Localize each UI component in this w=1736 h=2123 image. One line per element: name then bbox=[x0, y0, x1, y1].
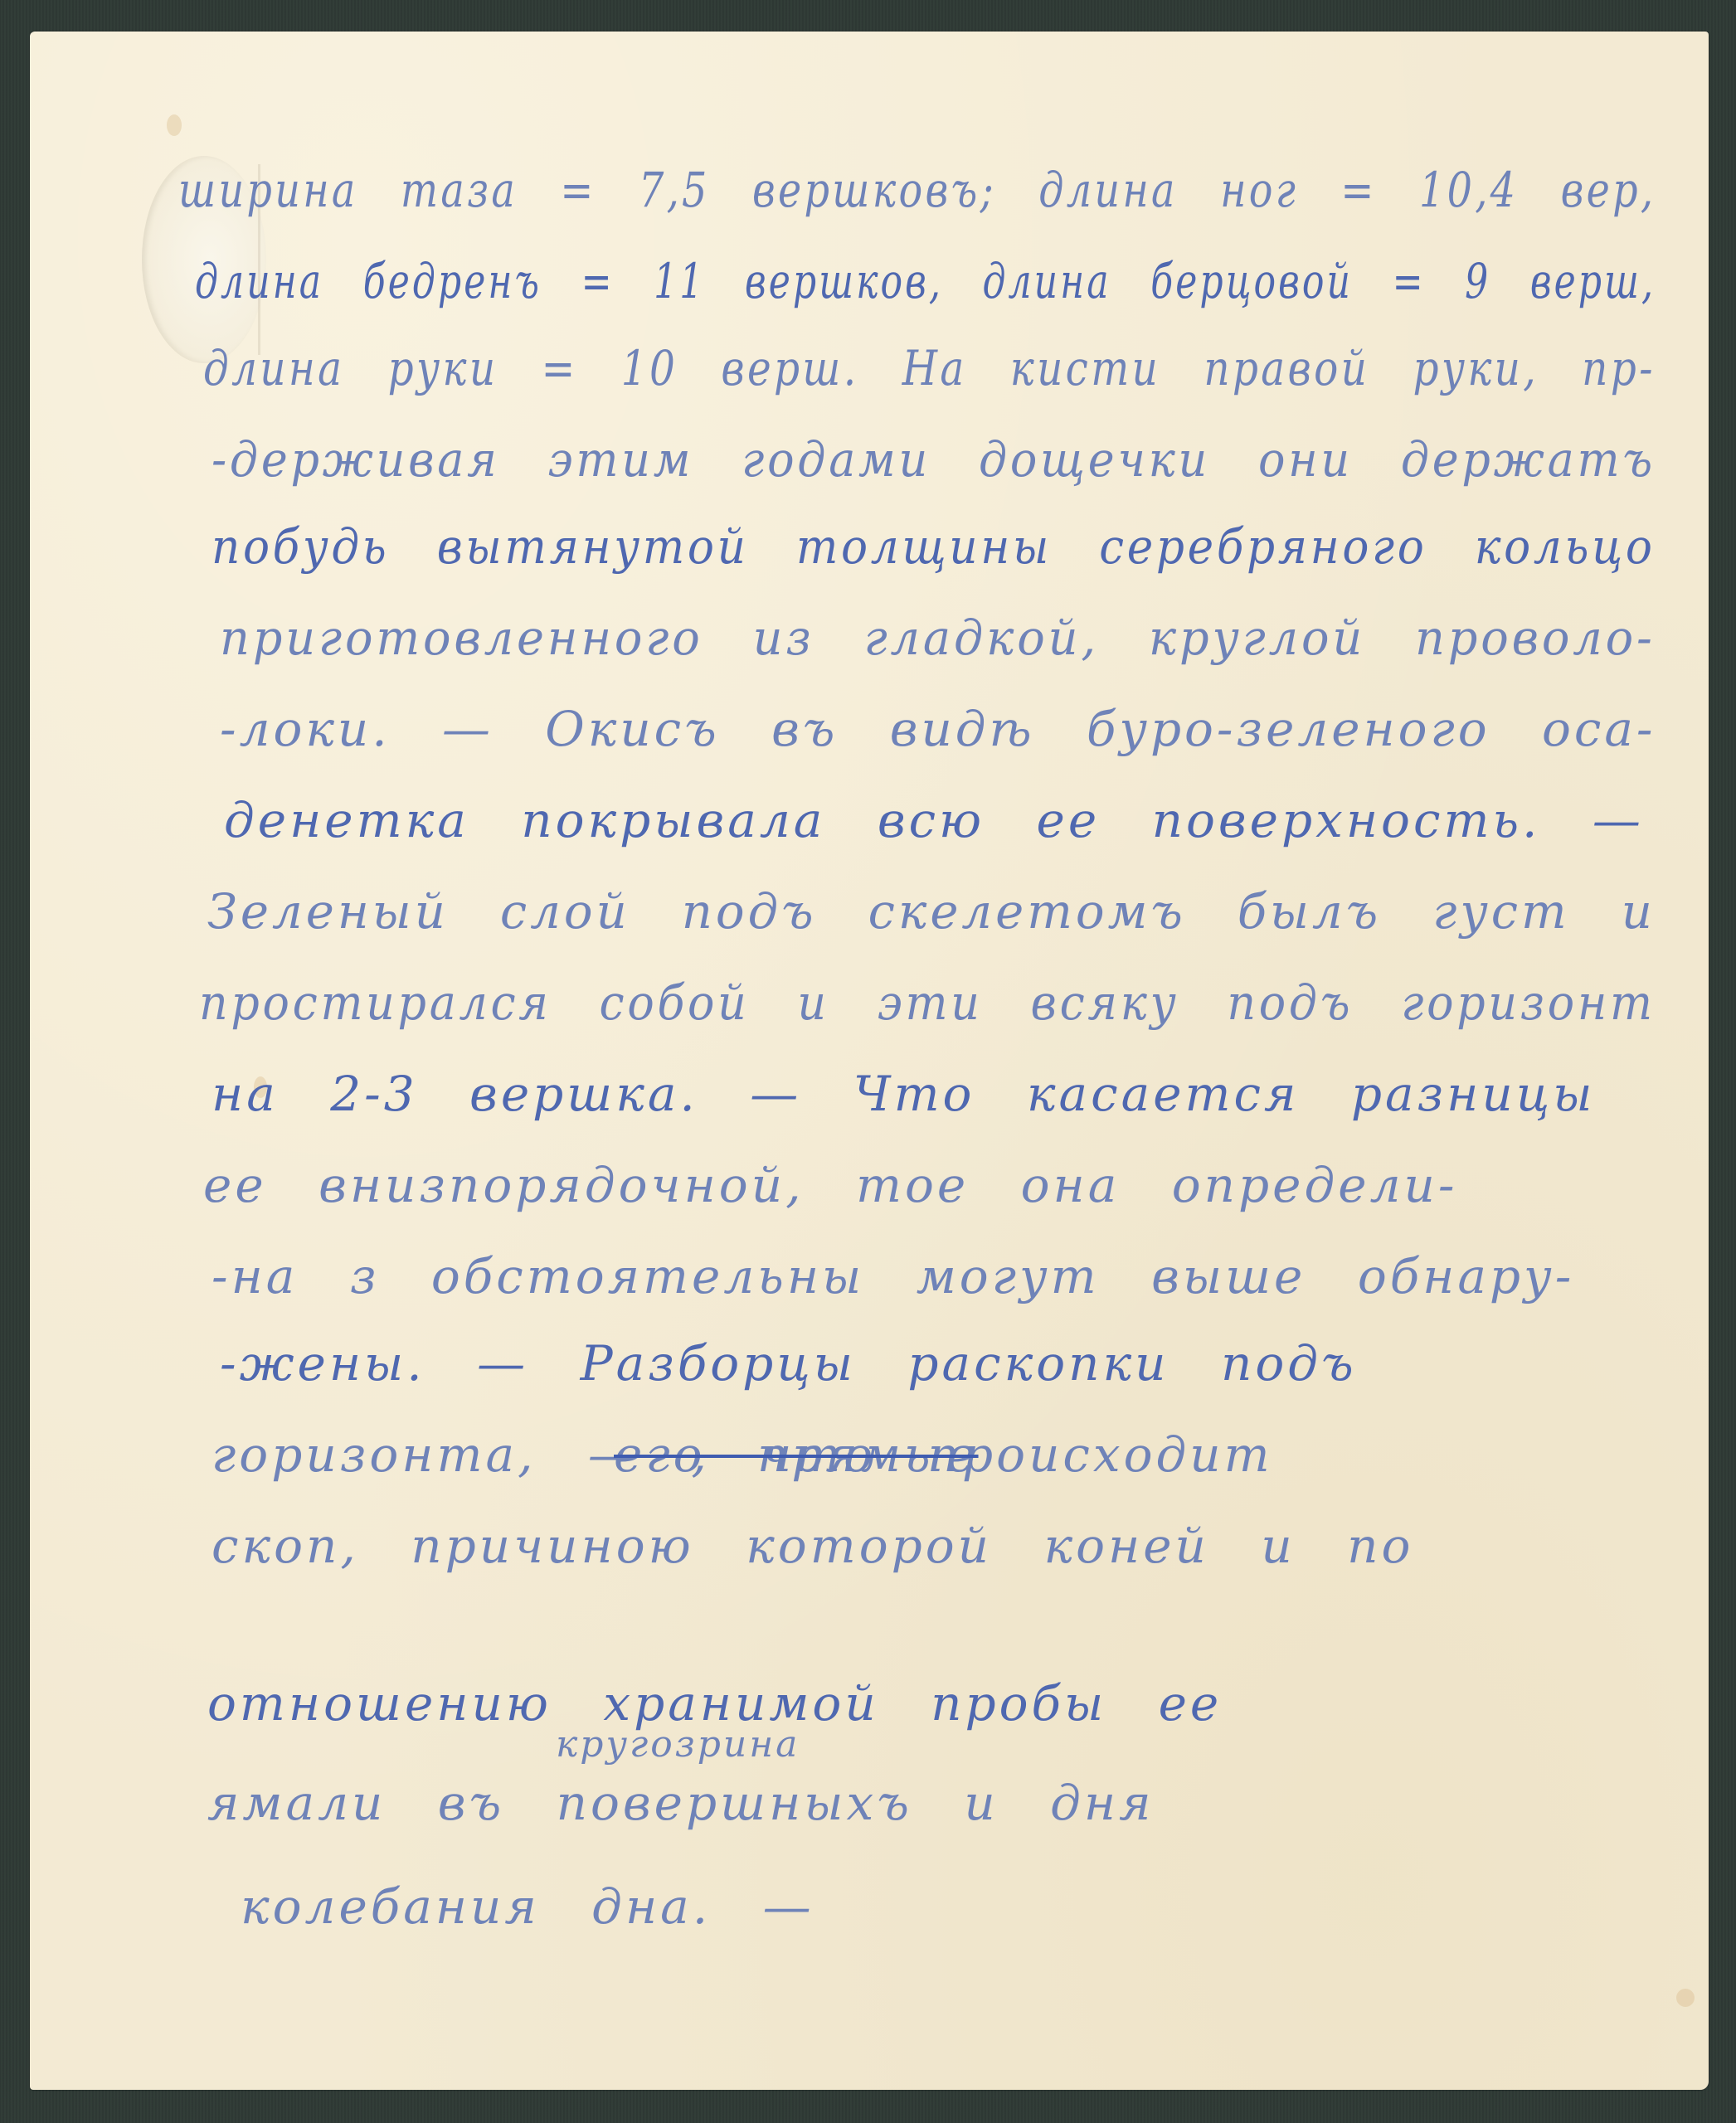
interlinear-insertion: кругозрина bbox=[556, 1723, 800, 1766]
manuscript-line: ширина таза = 7,5 вершковъ; длина ног = … bbox=[178, 162, 1656, 218]
manuscript-line: простирался собой и эти всяку подъ гориз… bbox=[199, 974, 1656, 1031]
paper-stain bbox=[167, 114, 182, 136]
manuscript-line: -локи. — Окисъ въ видѣ буро-зеленого оса… bbox=[220, 701, 1656, 757]
struck-out-words: его прямые bbox=[614, 1426, 979, 1483]
manuscript-line: -держивая этим годами дощечки они держат… bbox=[212, 431, 1656, 488]
manuscript-line: Зеленый слой подъ скелетомъ былъ густ и bbox=[207, 883, 1656, 940]
manuscript-line: скоп, причиною которой коней и по bbox=[212, 1518, 1413, 1574]
manuscript-line: приготовленного из гладкой, круглой пров… bbox=[220, 610, 1656, 666]
manuscript-line: ямали въ повершныхъ и дня bbox=[207, 1775, 1154, 1831]
manuscript-line: длина руки = 10 верш. На кисти правой ру… bbox=[203, 340, 1656, 396]
manuscript-line: на 2-3 вершка. — Что касается разницы bbox=[212, 1066, 1595, 1122]
manuscript-line: ее внизпорядочной, тое она определи- bbox=[203, 1157, 1457, 1213]
manuscript-line: -на з обстоятельны могут выше обнару- bbox=[212, 1248, 1574, 1304]
manuscript-line: колебания дна. — bbox=[241, 1878, 815, 1935]
paper-stain bbox=[1676, 1989, 1695, 2007]
manuscript-line: длина бедренъ = 11 вершков, длина берцов… bbox=[195, 253, 1656, 309]
manuscript-page: ширина таза = 7,5 вершковъ; длина ног = … bbox=[30, 32, 1709, 2090]
manuscript-line: побудь вытянутой толщины серебряного кол… bbox=[212, 518, 1656, 575]
manuscript-line: денетка покрывала всю ее поверхность. — bbox=[224, 792, 1644, 848]
manuscript-line: -жены. — Разборцы раскопки подъ bbox=[220, 1335, 1357, 1392]
